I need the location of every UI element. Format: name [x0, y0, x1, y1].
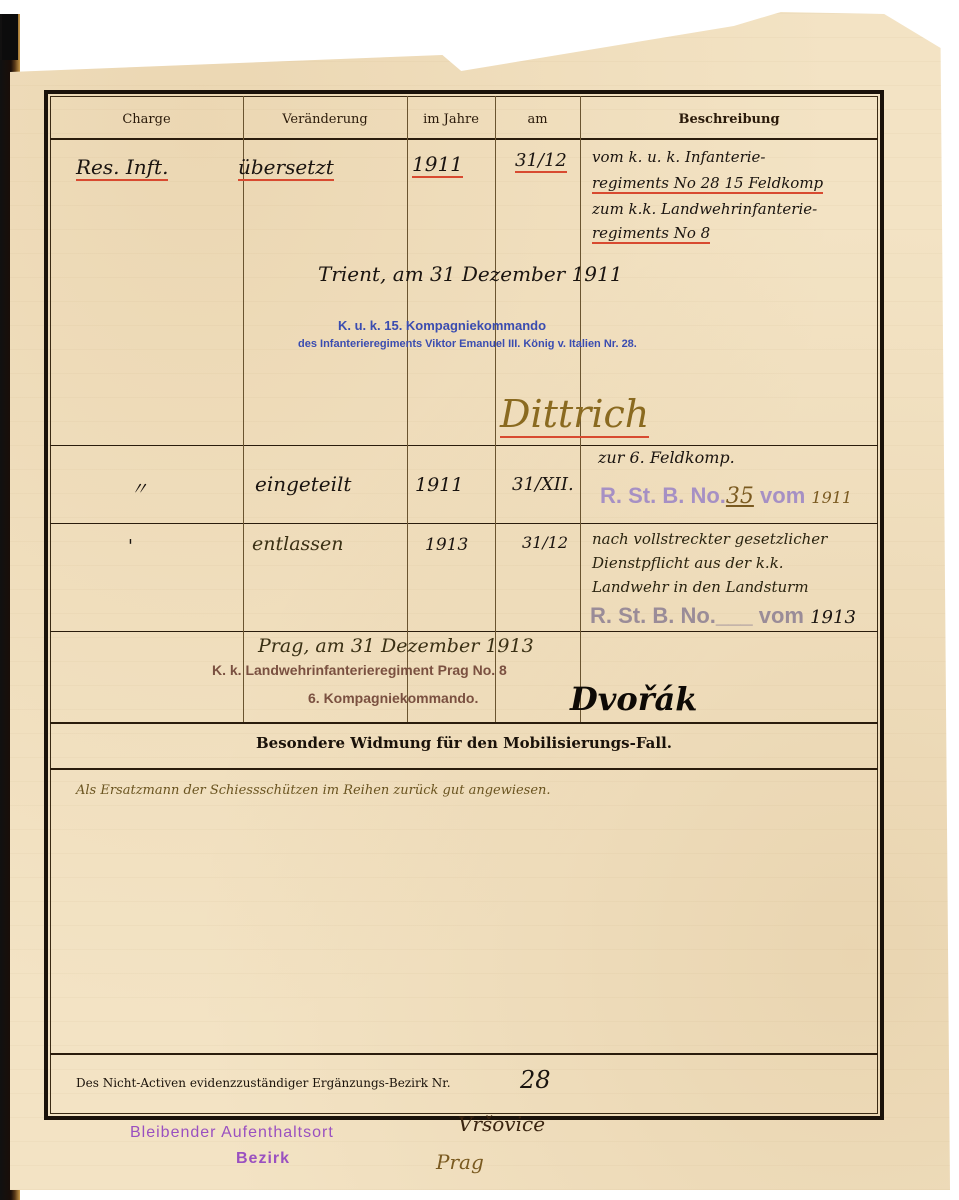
row2-charge: 〃 [130, 475, 148, 501]
row-rule-3 [50, 631, 878, 632]
residence-place-label: Bleibender Aufenthaltsort [130, 1124, 334, 1142]
row2-desc-line1: zur 6. Feldkomp. [598, 448, 735, 467]
row3-stamp-prefix: R. St. B. No. [590, 603, 716, 628]
cert1-signature: Dittrich [500, 392, 649, 438]
row2-stamp-number: 35 [726, 484, 754, 509]
row2-registry-stamp: R. St. B. No.35 vom 1911 [600, 483, 852, 509]
col-rule-3 [495, 96, 496, 722]
row1-am: 31/12 [515, 150, 567, 173]
row1-desc-line1: vom k. u. k. Infanterie- [592, 148, 766, 166]
row1-veraenderung: übersetzt [238, 155, 334, 181]
row1-desc-line2: regiments No 28 15 Feldkomp [592, 174, 823, 194]
row3-desc-line2: Dienstpflicht aus der k.k. [592, 554, 784, 572]
mobilization-heading: Besondere Widmung für den Mobilisierungs… [50, 734, 878, 752]
row3-desc-line3: Landwehr in den Landsturm [592, 578, 809, 596]
district-label: Des Nicht-Activen evidenzzuständiger Erg… [76, 1076, 451, 1090]
row3-veraenderung: entlassen [252, 533, 344, 555]
cert1-stamp-line1: K. u. k. 15. Kompagniekommando [338, 318, 546, 333]
header-rule [50, 138, 878, 140]
row3-charge: ' [128, 536, 133, 557]
residence-district-label: Bezirk [236, 1150, 290, 1168]
cert2-stamp-line1: K. k. Landwehrinfanterieregiment Prag No… [212, 662, 507, 678]
cert1-stamp-line2: des Infanterieregiments Viktor Emanuel I… [298, 338, 637, 350]
cert1-place-date: Trient, am 31 Dezember 1911 [318, 262, 622, 286]
col-rule-1 [243, 96, 244, 722]
row-rule-2 [50, 523, 878, 524]
row3-jahr: 1913 [425, 535, 468, 555]
mobilization-entry: Als Ersatzmann der Schiessschützen im Re… [76, 783, 551, 798]
row1-desc-line3: zum k.k. Landwehrinfanterie- [592, 200, 817, 218]
col-header-charge: Charge [50, 100, 243, 138]
row3-stamp-number: ___ [716, 603, 753, 628]
row2-stamp-prefix: R. St. B. No. [600, 483, 726, 508]
col-header-am: am [495, 100, 580, 138]
col-header-veraenderung: Veränderung [243, 100, 407, 138]
col-header-beschreibung: Beschreibung [580, 100, 878, 138]
col-rule-2 [407, 96, 408, 722]
row3-stamp-year: 1913 [810, 607, 856, 628]
row2-veraenderung: eingeteilt [255, 472, 351, 496]
row2-stamp-vom: vom [760, 483, 805, 508]
row2-stamp-year: 1911 [811, 488, 852, 507]
cert2-stamp-line2: 6. Kompagniekommando. [308, 690, 478, 706]
district-value: 28 [520, 1066, 551, 1094]
col-header-jahr: im Jahre [407, 100, 495, 138]
row2-am: 31/XII. [512, 474, 574, 495]
row-rule-1 [50, 445, 878, 446]
row1-desc-line4: regiments No 8 [592, 224, 710, 244]
binding-tab [2, 14, 18, 60]
residence-district-value: Prag [436, 1150, 484, 1174]
row1-jahr: 1911 [412, 152, 463, 178]
cert2-place-date: Prag, am 31 Dezember 1913 [258, 635, 534, 657]
row3-am: 31/12 [522, 533, 568, 552]
row1-charge: Res. Inft. [76, 155, 168, 181]
row3-registry-stamp: R. St. B. No.___ vom 1913 [590, 603, 856, 629]
row3-desc-line1: nach vollstreckter gesetzlicher [592, 530, 827, 548]
section-rule-bottom [50, 768, 878, 770]
row3-stamp-vom: vom [759, 603, 804, 628]
section-rule-top [50, 722, 878, 724]
row2-jahr: 1911 [415, 474, 463, 496]
district-rule [50, 1053, 878, 1055]
residence-place-value: Vršovice [458, 1112, 545, 1136]
cert2-signature: Dvořák [570, 680, 697, 718]
